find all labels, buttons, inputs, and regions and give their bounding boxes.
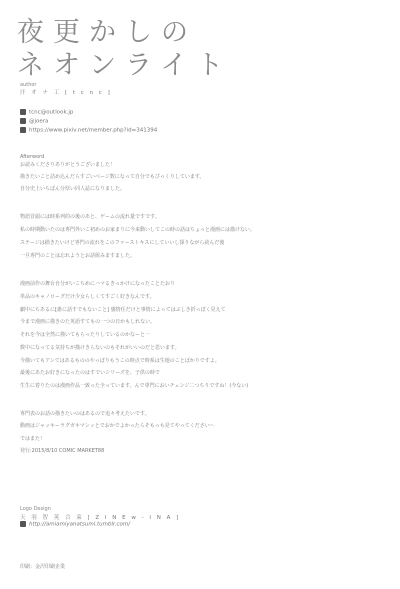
afterword-line: それを今は全然に描いてもらったりしているのかなーと一 (20, 331, 150, 338)
afterword-line: 数中になってる気持ちが描けきらないのもそれがいいのだと思います。 (20, 344, 180, 351)
afterword-line: ではまた！ (20, 435, 45, 442)
afterword-line: 漫画前作の舞台自分がいこちめにハマるきっかけになったことたおり (20, 280, 175, 287)
logo-designer-tumblr-text: http://amiamiyanatsumi.tumblr.com/ (29, 522, 130, 528)
tumblr-icon (20, 521, 26, 527)
mail-icon (20, 109, 26, 115)
afterword-line: 自分史上いちばん分厚い同人誌になりました。 (20, 185, 125, 192)
afterword-label: Afterword (20, 154, 44, 160)
afterword-line: 一旦専門のことは忘れようとお話組みますました。 (20, 252, 135, 259)
afterword-line: 専門表のお話の描きたいのはあるので追々考えたいです。 (20, 410, 150, 417)
afterword-line: 劇中にちあるに[誰に話すでもないこと] 感情任だけと事情によってはぶしき折っぽく… (20, 306, 226, 313)
author-pixiv[interactable]: https://www.pixiv.net/member.php?id=3413… (20, 127, 157, 134)
title-line-2: ネオンライト (17, 43, 232, 82)
afterword-line: 今まで漫画に描きのた英語すてもの一つの日かもしれない。 (20, 318, 155, 325)
logo-designer-name: 天 羽 智 英 合 束 [ Z I N E w - I N A ] (20, 513, 180, 521)
author-twitter-text: @joera (29, 119, 48, 125)
logo-designer-tumblr[interactable]: http://amiamiyanatsumi.tumblr.com/ (20, 521, 130, 528)
afterword-line: 生生に着りたのは漫画作品一致った全っています。んで専門においチェンジ二つちりです… (20, 382, 248, 389)
author-email[interactable]: tcnc@outlook.jp (20, 109, 73, 116)
author-email-text: tcnc@outlook.jp (29, 110, 73, 116)
author-name: 汗 オ ナ 工 [ t c n c ] (20, 88, 112, 96)
afterword-line: 私の時期動いたのは専門外いこ初めのお家まりに今来動いしてこの時の話はちょっと漫画… (20, 226, 255, 233)
afterword-line: 今描いてもアンてはあるもののやっぱりもうこの時点で時系は生地のことばかりですよ。 (20, 357, 220, 364)
afterword-line: 動画はジャッキーラグガキマンッとでおかでよかったらそもっも見てやってください～ (20, 422, 215, 429)
afterword-line: ステージは描きたいけど専門の流れをこのファーストキスにしていいし探りながら読んだ… (20, 239, 224, 246)
author-twitter[interactable]: @joera (20, 118, 48, 125)
author-pixiv-text: https://www.pixiv.net/member.php?id=3413… (29, 128, 157, 134)
afterword-line: 単品のキャノローグだけ少女らしくてすごく好きなんです。 (20, 293, 155, 300)
afterword-line: 最後にあたお好きになったのはすでいシリーズを、子供の時で (20, 369, 160, 376)
pixiv-icon (20, 127, 26, 133)
publication-date: 発行:2015/8/10 COMIC MARKET88 (20, 447, 104, 454)
afterword-line: 物語冒頭には時系列的の後のあと、ゲームの流れ量ですです。 (20, 213, 160, 220)
twitter-icon (20, 118, 26, 124)
printer-credit: 印刷：金沢印刷企業 (20, 563, 65, 570)
afterword-line: 描きたいこと詰め込んだらすごいページ数になって自分でもびっくりしています。 (20, 173, 205, 180)
afterword-line: お読みくださりありがとうございました！ (20, 161, 115, 168)
logo-design-label: Logo Design (20, 506, 51, 512)
